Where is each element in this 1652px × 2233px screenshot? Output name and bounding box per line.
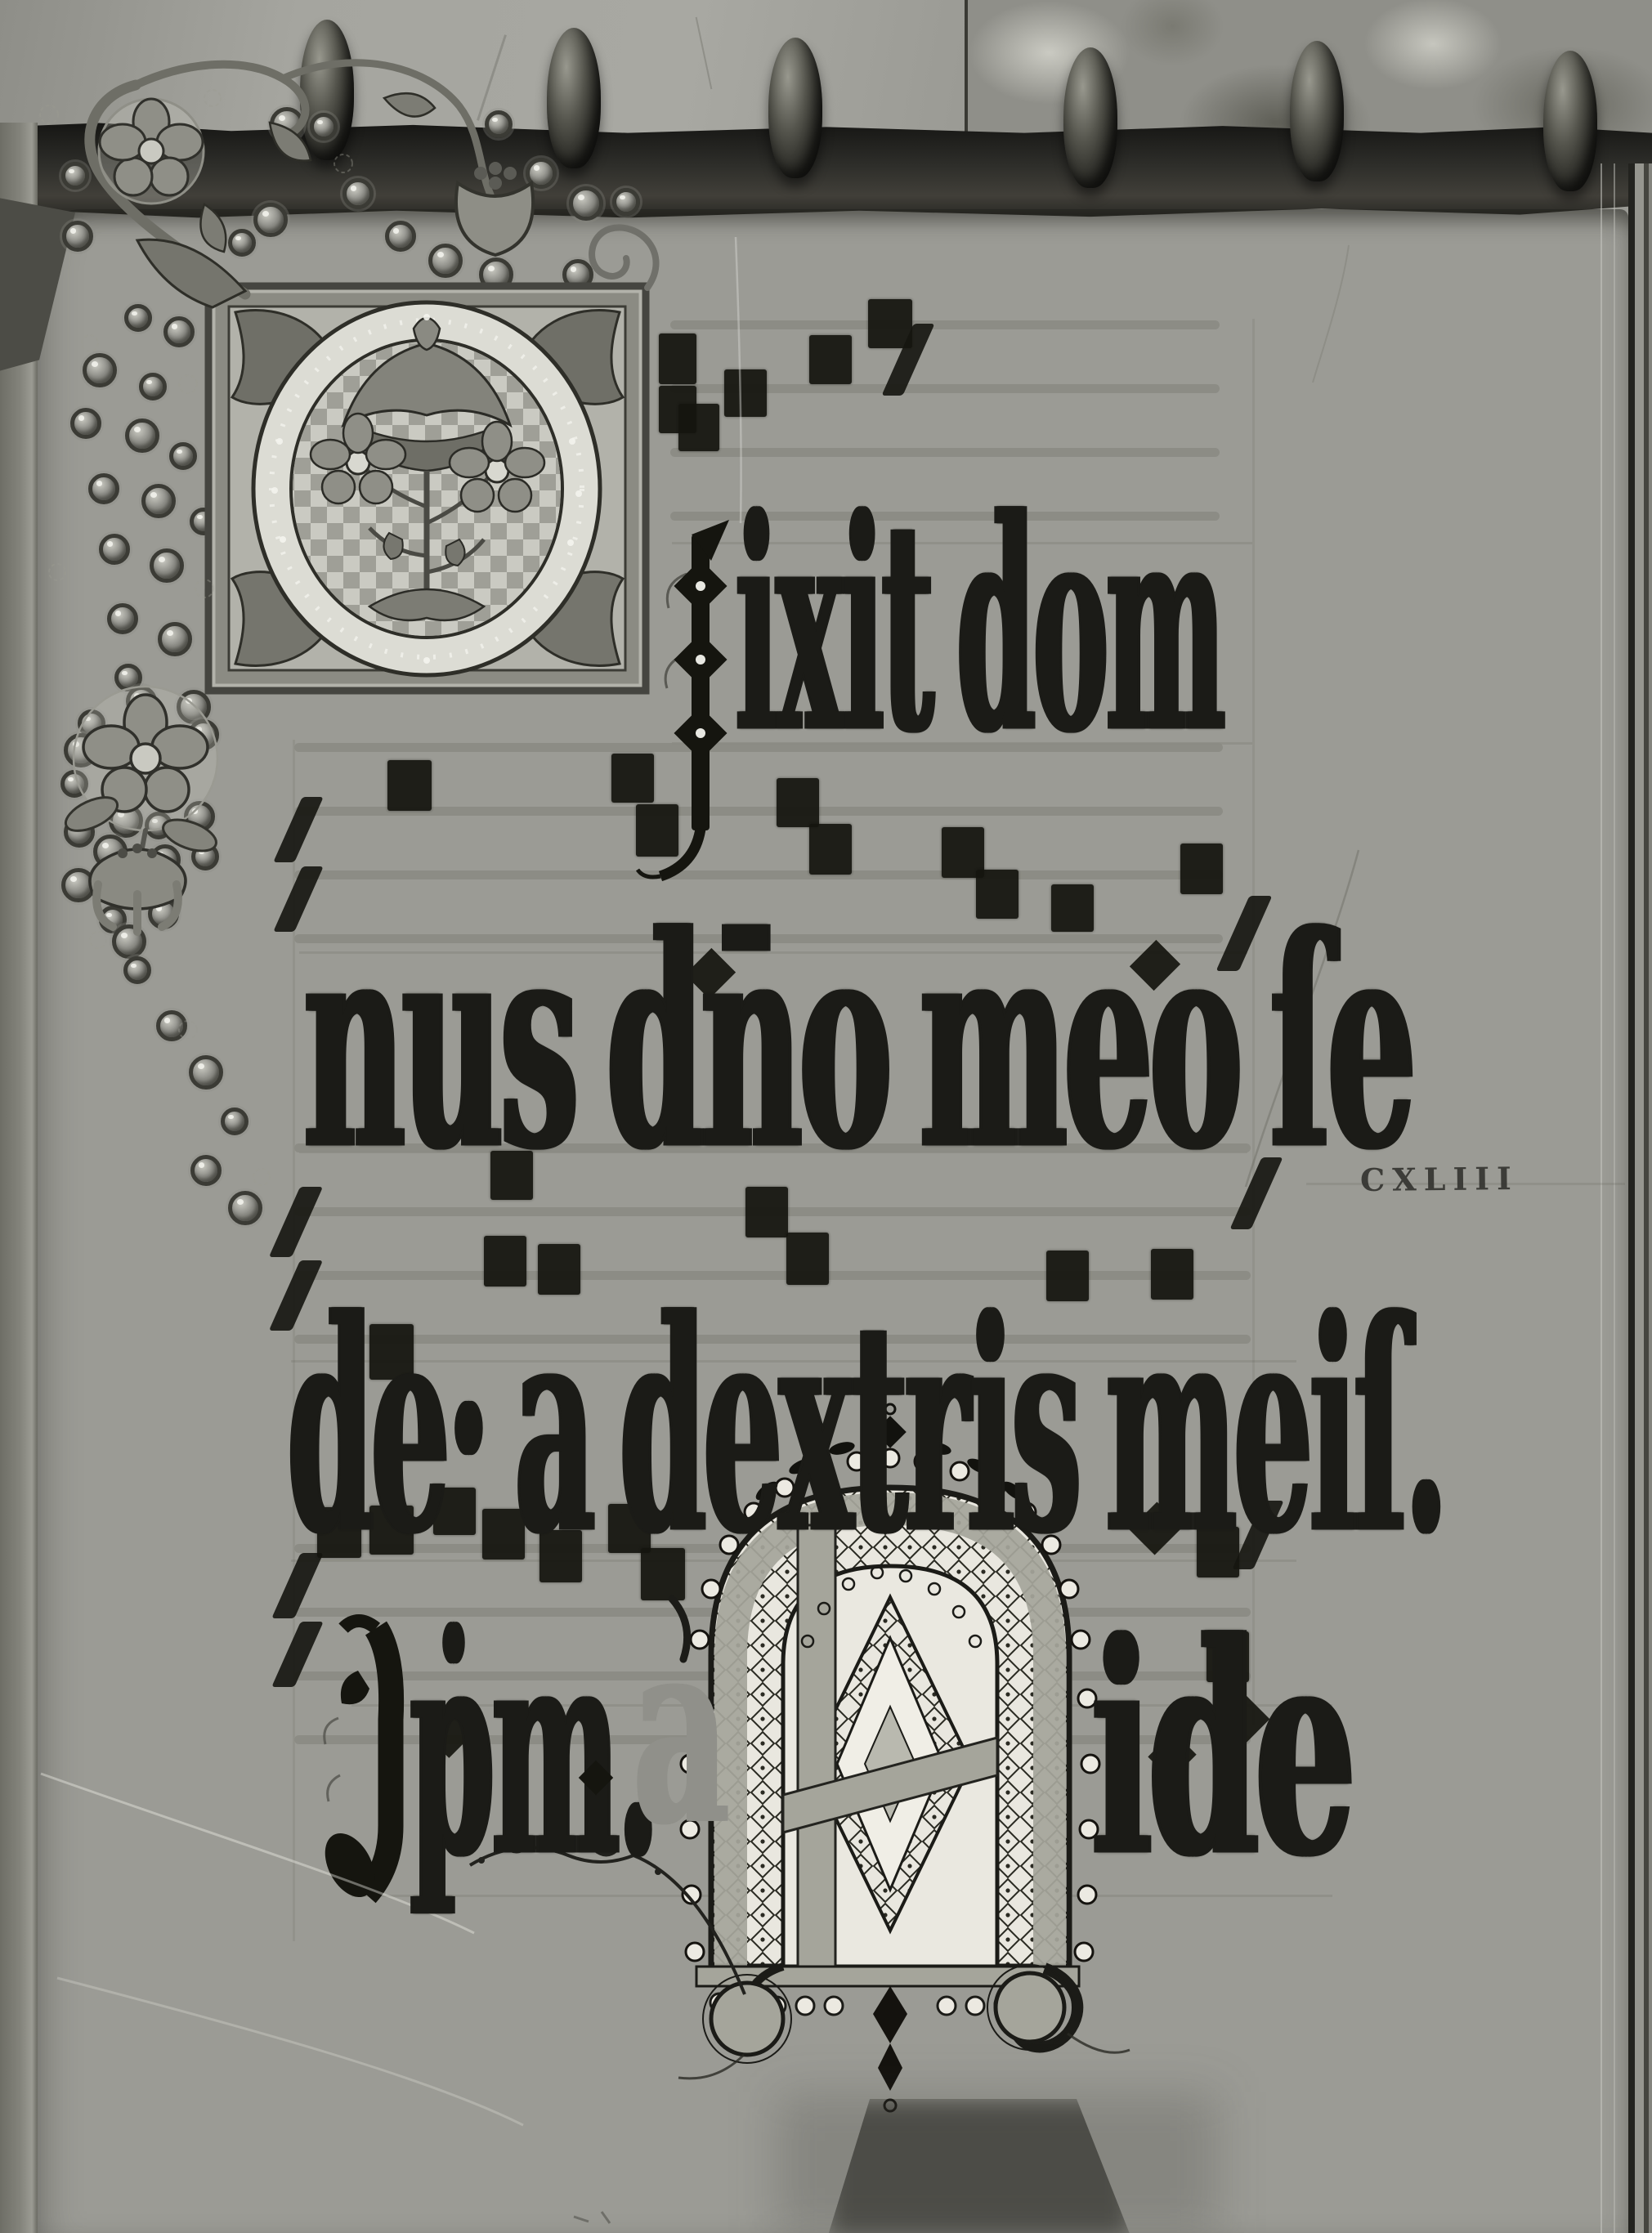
gold-ball-ornament (428, 244, 463, 278)
gold-ball-ornament (145, 812, 172, 839)
page-under-edge (1601, 163, 1602, 2233)
gold-ball-ornament (191, 843, 219, 870)
binding-left-edge (0, 123, 38, 2233)
chant-line-2: nus dn̄o meo ſe (304, 897, 1413, 1190)
gold-ball-ornament (139, 373, 167, 401)
gold-ball-ornament (342, 178, 374, 209)
gold-ball-ornament (61, 162, 89, 190)
gold-ball-ornament (93, 835, 128, 869)
gold-ball-ornament (150, 844, 181, 875)
binding-boss-icon (1290, 41, 1344, 181)
gold-ball-ornament (569, 186, 603, 221)
neume-square (387, 760, 432, 811)
gold-ball-ornament (228, 229, 256, 257)
gold-ball-ornament (479, 257, 513, 292)
gold-ball-ornament (485, 110, 513, 138)
manuscript-photo: ixit dom nus dn̄o meo ſe de· a dextris m… (0, 0, 1652, 2233)
gold-ball-ornament (206, 580, 234, 608)
neume-square (678, 404, 719, 451)
neume-square (636, 804, 678, 857)
gold-ball-ornament (612, 188, 640, 216)
binding-boss-icon (547, 28, 601, 168)
chant-line-4-left: ṗm. (410, 1604, 657, 1897)
gold-ball-ornament (124, 304, 152, 332)
gold-ball-ornament (188, 719, 219, 750)
gold-ball-ornament (64, 733, 98, 767)
binding-boss-icon (1063, 47, 1117, 188)
gold-ball-ornament (253, 203, 288, 237)
page-under-edge (1614, 163, 1615, 2233)
gold-ball-ornament (109, 803, 143, 838)
gold-ball-ornament (148, 898, 179, 929)
stave-line (294, 807, 1223, 816)
gold-ball-ornament (60, 770, 88, 798)
gold-ball-ornament (163, 316, 195, 347)
gold-ball-ornament (141, 484, 176, 518)
stave-line (670, 320, 1220, 329)
gold-ball-ornament (270, 107, 304, 141)
binding-top-edge (0, 121, 1652, 221)
gold-ball-ornament (62, 221, 93, 252)
gold-ball-ornament (228, 1191, 262, 1225)
gold-ball-ornament (107, 603, 138, 634)
gold-ball-ornament (526, 158, 557, 189)
gold-ball-ornament (123, 956, 151, 984)
gold-ball-ornament (190, 1155, 222, 1186)
gold-ball-ornament (64, 817, 95, 848)
gold-ball-ornament (385, 221, 416, 252)
gold-ball-ornament (562, 259, 593, 290)
gold-ball-ornament (150, 548, 184, 583)
gold-ball-ornament (169, 442, 197, 470)
gold-ball-ornament (156, 1010, 187, 1041)
gold-ball-ornament (125, 418, 159, 453)
gold-ball-ornament (158, 622, 192, 656)
gold-ball-ornament (190, 508, 217, 535)
binding-boss-icon (768, 38, 822, 178)
folio-number: CXLIII (1360, 1160, 1519, 1198)
gold-ball-ornament (99, 534, 130, 565)
neume-square (809, 335, 852, 384)
gold-ball-ornament (83, 353, 117, 387)
gold-ball-ornament (70, 408, 101, 439)
chant-line-4-colored-letter: a (633, 1602, 726, 1859)
chant-line-1: ixit dom (736, 481, 1223, 773)
binding-boss-icon (1543, 51, 1597, 191)
gold-ball-ornament (112, 924, 146, 959)
chant-line-4-right: ide (1092, 1604, 1353, 1897)
page-edge-line (1649, 163, 1652, 2233)
gold-ball-ornament (61, 868, 96, 902)
neume-square (659, 333, 696, 384)
gold-ball-ornament (221, 1108, 248, 1135)
neume-square (724, 369, 767, 417)
page-edge-line (1628, 163, 1635, 2233)
gold-ball-ornament (126, 686, 157, 717)
gold-ball-ornament (184, 801, 215, 832)
gold-ball-ornament (310, 113, 338, 141)
chant-line-3: de· a dextris meiſ. (288, 1282, 1445, 1574)
neume-square (611, 754, 654, 803)
page-edge-stack (1635, 163, 1644, 2233)
gold-ball-ornament (189, 1055, 223, 1090)
neume-square (809, 824, 852, 875)
gold-ball-ornament (88, 473, 119, 504)
